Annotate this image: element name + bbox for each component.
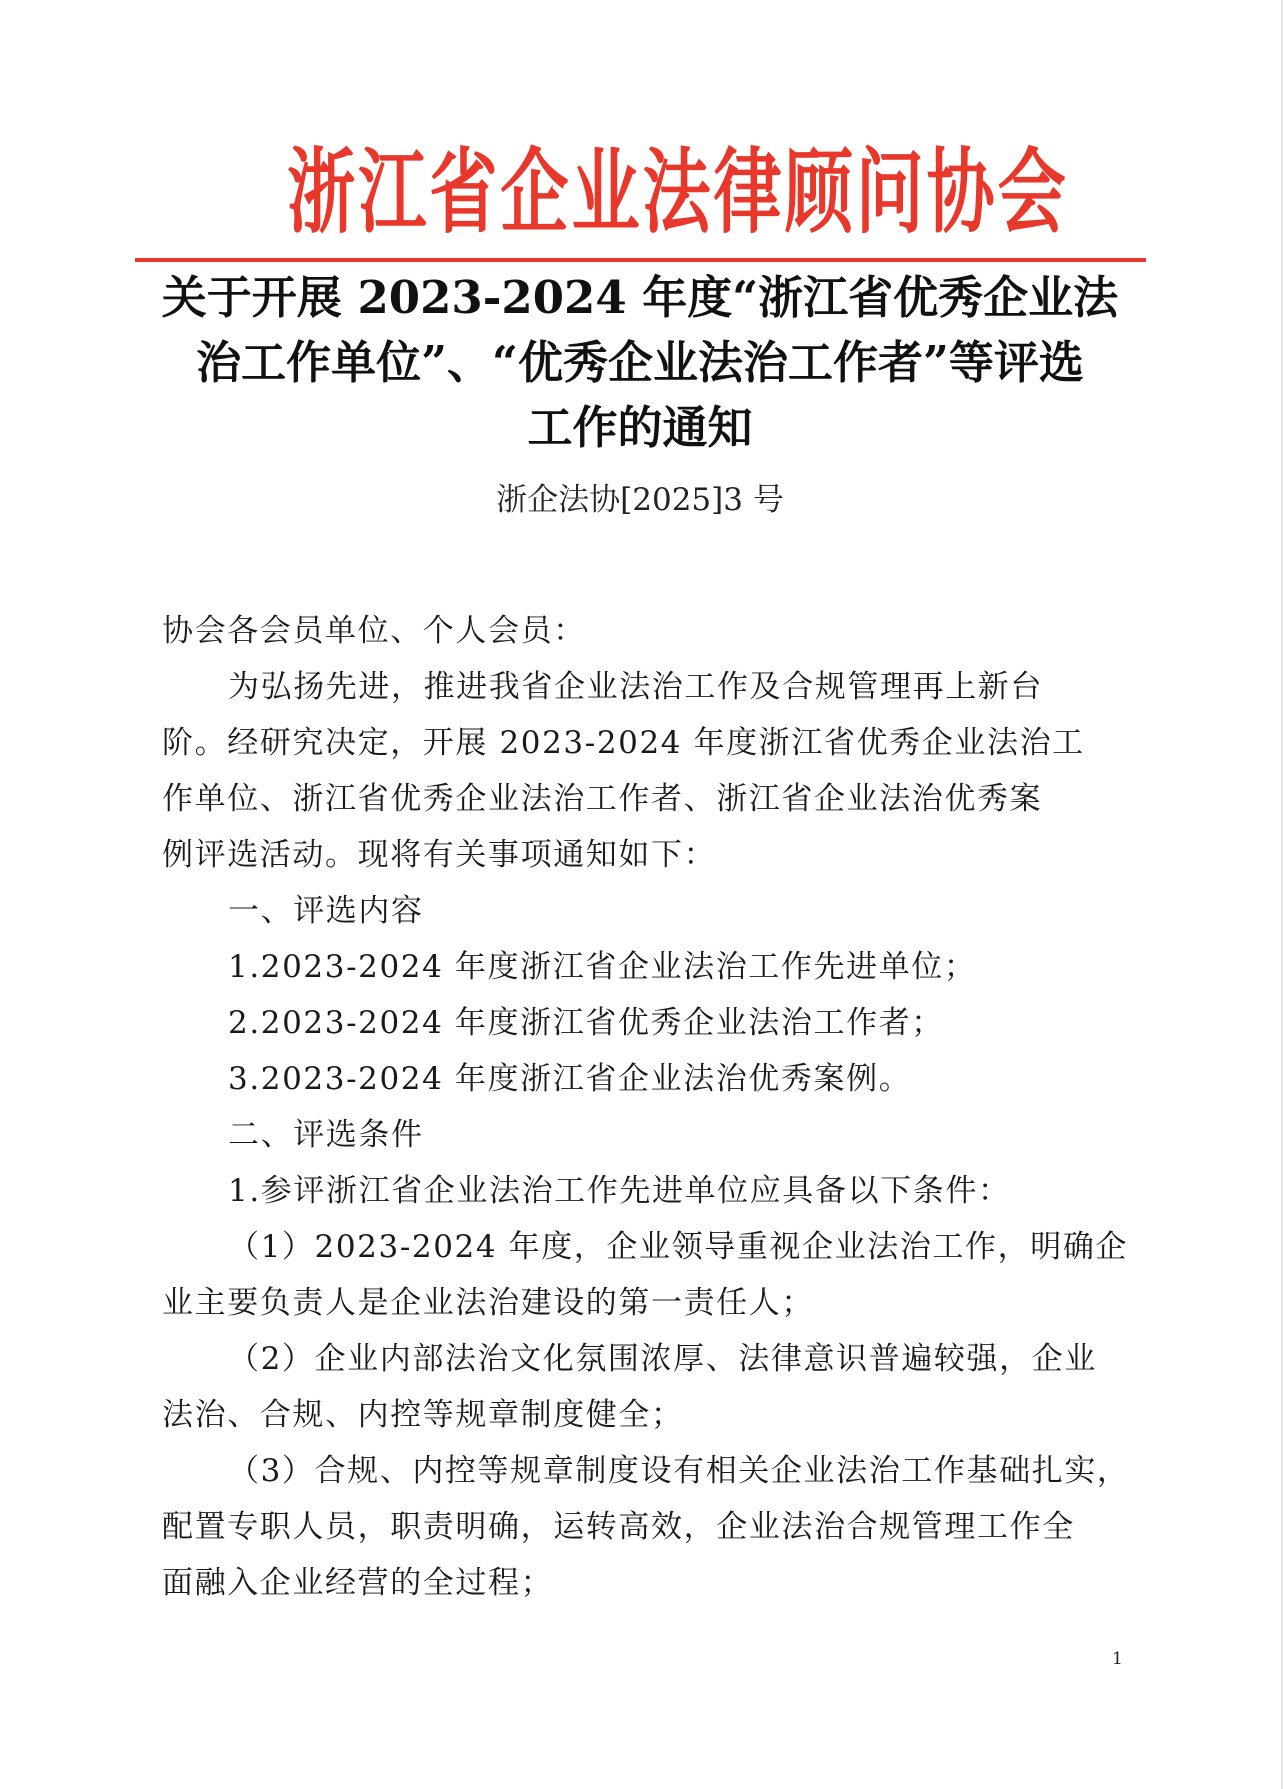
condition-line: （2）企业内部法治文化氛围浓厚、法律意识普遍较强，企业	[162, 1331, 1122, 1387]
intro-line: 为弘扬先进，推进我省企业法治工作及合规管理再上新台	[162, 659, 1122, 715]
title-line: 工作的通知	[140, 395, 1140, 460]
list-item: 3.2023-2024 年度浙江省企业法治优秀案例。	[162, 1051, 1122, 1107]
condition-line: 配置专职人员，职责明确，运转高效，企业法治合规管理工作全	[162, 1499, 1122, 1555]
condition-line: 法治、合规、内控等规章制度健全；	[162, 1387, 1122, 1443]
letterhead-divider	[135, 258, 1146, 262]
condition-line: 面融入企业经营的全过程；	[162, 1555, 1122, 1611]
organization-name: 浙江省企业法律顾问协会	[287, 138, 1068, 248]
salutation: 协会各会员单位、个人会员：	[162, 603, 1122, 659]
document-body: 协会各会员单位、个人会员： 为弘扬先进，推进我省企业法治工作及合规管理再上新台 …	[162, 603, 1122, 1611]
condition-line: 业主要负责人是企业法治建设的第一责任人；	[162, 1275, 1122, 1331]
title-line: 治工作单位”、“优秀企业法治工作者”等评选	[140, 330, 1140, 395]
condition-line: （1）2023-2024 年度，企业领导重视企业法治工作，明确企	[162, 1219, 1122, 1275]
section-subheading: 1.参评浙江省企业法治工作先进单位应具备以下条件：	[162, 1163, 1122, 1219]
letterhead: 浙江省企业法律顾问协会	[150, 138, 1140, 248]
document-page: 浙江省企业法律顾问协会 关于开展 2023-2024 年度“浙江省优秀企业法 治…	[0, 0, 1283, 1789]
page-number: 1	[1112, 1648, 1123, 1670]
list-item: 1.2023-2024 年度浙江省企业法治工作先进单位；	[162, 939, 1122, 995]
document-number: 浙企法协[2025]3 号	[140, 478, 1140, 522]
intro-line: 例评选活动。现将有关事项通知如下：	[162, 827, 1122, 883]
section-heading: 一、评选内容	[162, 883, 1122, 939]
condition-line: （3）合规、内控等规章制度设有相关企业法治工作基础扎实，	[162, 1443, 1122, 1499]
list-item: 2.2023-2024 年度浙江省优秀企业法治工作者；	[162, 995, 1122, 1051]
title-line: 关于开展 2023-2024 年度“浙江省优秀企业法	[140, 265, 1140, 330]
document-title: 关于开展 2023-2024 年度“浙江省优秀企业法 治工作单位”、“优秀企业法…	[140, 265, 1140, 460]
intro-line: 作单位、浙江省优秀企业法治工作者、浙江省企业法治优秀案	[162, 771, 1122, 827]
intro-line: 阶。经研究决定，开展 2023-2024 年度浙江省优秀企业法治工	[162, 715, 1122, 771]
section-heading: 二、评选条件	[162, 1107, 1122, 1163]
